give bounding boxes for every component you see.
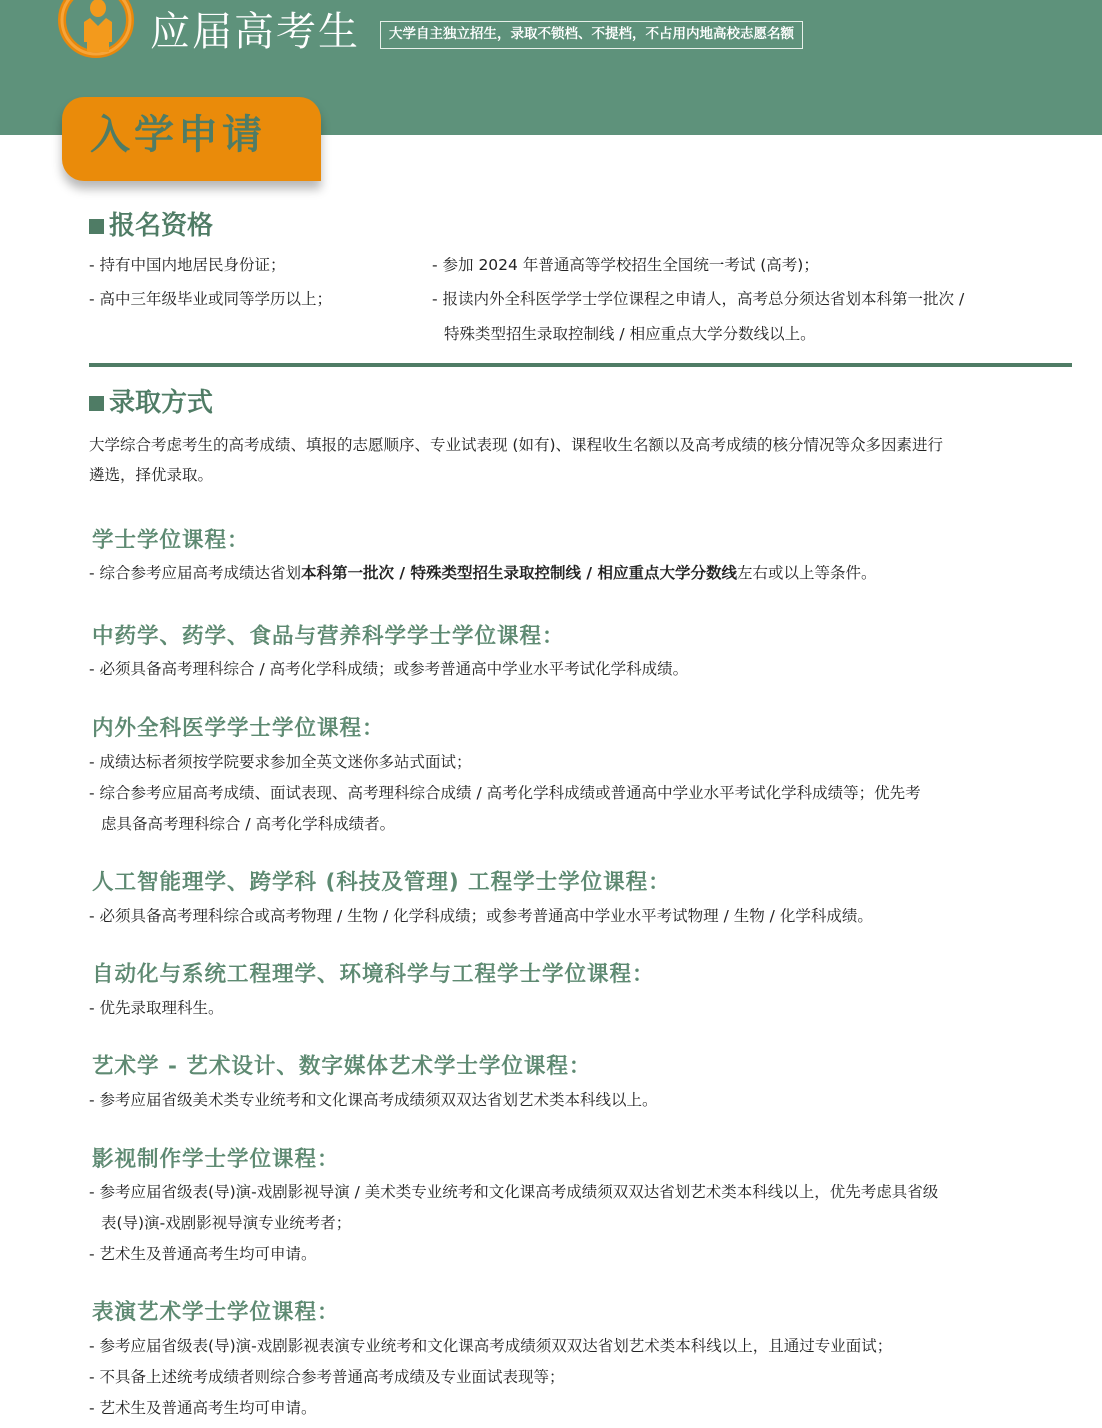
program-title: 人工智能理学、跨学科 (科技及管理) 工程学士学位课程： [92, 869, 671, 897]
program-requirement: - 成绩达标者须按学院要求参加全英文迷你多站式面试； [89, 751, 472, 773]
program-title: 自动化与系统工程理学、环境科学与工程学士学位课程： [92, 961, 655, 989]
header-tagline: 大学自主独立招生，录取不锁档、不提档，不占用内地高校志愿名额 [380, 21, 803, 49]
program-title: 影视制作学士学位课程： [92, 1146, 340, 1174]
program-requirement: - 必须具备高考理科综合 / 高考化学科成绩；或参考普通高中学业水平考试化学科成… [89, 658, 688, 680]
eligibility-item-continued: 特殊类型招生录取控制线 / 相应重点大学分数线以上。 [444, 323, 816, 345]
program-requirement: - 艺术生及普通高考生均可申请。 [89, 1243, 317, 1265]
program-title: 中药学、药学、食品与营养科学学士学位课程： [92, 623, 565, 651]
program-title: 艺术学 - 艺术设计、数字媒体艺术学士学位课程： [92, 1053, 591, 1081]
square-bullet-icon [89, 219, 104, 234]
admission-intro: 大学综合考虑考生的高考成绩、填报的志愿顺序、专业试表现 (如有)、课程收生名额以… [89, 434, 943, 456]
eligibility-item: - 报读内外全科医学学士学位课程之申请人，高考总分须达省划本科第一批次 / [432, 288, 964, 310]
program-requirement: - 综合参考应届高考成绩达省划本科第一批次 / 特殊类型招生录取控制线 / 相应… [89, 562, 876, 584]
program-title: 学士学位课程： [92, 527, 250, 555]
program-requirement: - 参考应届省级表(导)演-戏剧影视表演专业统考和文化课高考成绩须双双达省划艺术… [89, 1335, 892, 1357]
section-divider [89, 363, 1072, 367]
student-person-icon [56, 0, 136, 62]
program-title: 表演艺术学士学位课程： [92, 1299, 340, 1327]
admission-intro: 遴选，择优录取。 [89, 464, 213, 486]
program-title: 内外全科医学学士学位课程： [92, 715, 385, 743]
section-heading-eligibility: 报名资格 [89, 210, 213, 242]
section-heading-admission: 录取方式 [89, 387, 213, 419]
program-requirement: - 不具备上述统考成绩者则综合参考普通高考成绩及专业面试表现等； [89, 1366, 565, 1388]
program-requirement-continued: 表(导)演-戏剧影视导演专业统考者； [101, 1212, 351, 1234]
eligibility-item: - 高中三年级毕业或同等学历以上； [89, 288, 332, 310]
program-requirement: - 综合参考应届高考成绩、面试表现、高考理科综合成绩 / 高考化学科成绩或普通高… [89, 782, 921, 804]
program-requirement: - 参考应届省级美术类专业统考和文化课高考成绩须双双达省划艺术类本科线以上。 [89, 1089, 658, 1111]
highlight-text: 本科第一批次 / 特殊类型招生录取控制线 / 相应重点大学分数线 [301, 564, 737, 582]
eligibility-item: - 参加 2024 年普通高等学校招生全国统一考试 (高考)； [432, 254, 819, 276]
tab-label: 入学申请 [90, 109, 266, 161]
square-bullet-icon [89, 396, 104, 411]
tab-admission-application: 入学申请 [62, 97, 321, 181]
program-requirement: - 优先录取理科生。 [89, 997, 224, 1019]
eligibility-item: - 持有中国内地居民身份证； [89, 254, 286, 276]
program-requirement: - 必须具备高考理科综合或高考物理 / 生物 / 化学科成绩；或参考普通高中学业… [89, 905, 873, 927]
program-requirement: - 艺术生及普通高考生均可申请。 [89, 1397, 317, 1419]
page-header-title: 应届高考生 [150, 8, 360, 56]
program-requirement-continued: 虑具备高考理科综合 / 高考化学科成绩者。 [101, 813, 395, 835]
program-requirement: - 参考应届省级表(导)演-戏剧影视导演 / 美术类专业统考和文化课高考成绩须双… [89, 1181, 938, 1203]
